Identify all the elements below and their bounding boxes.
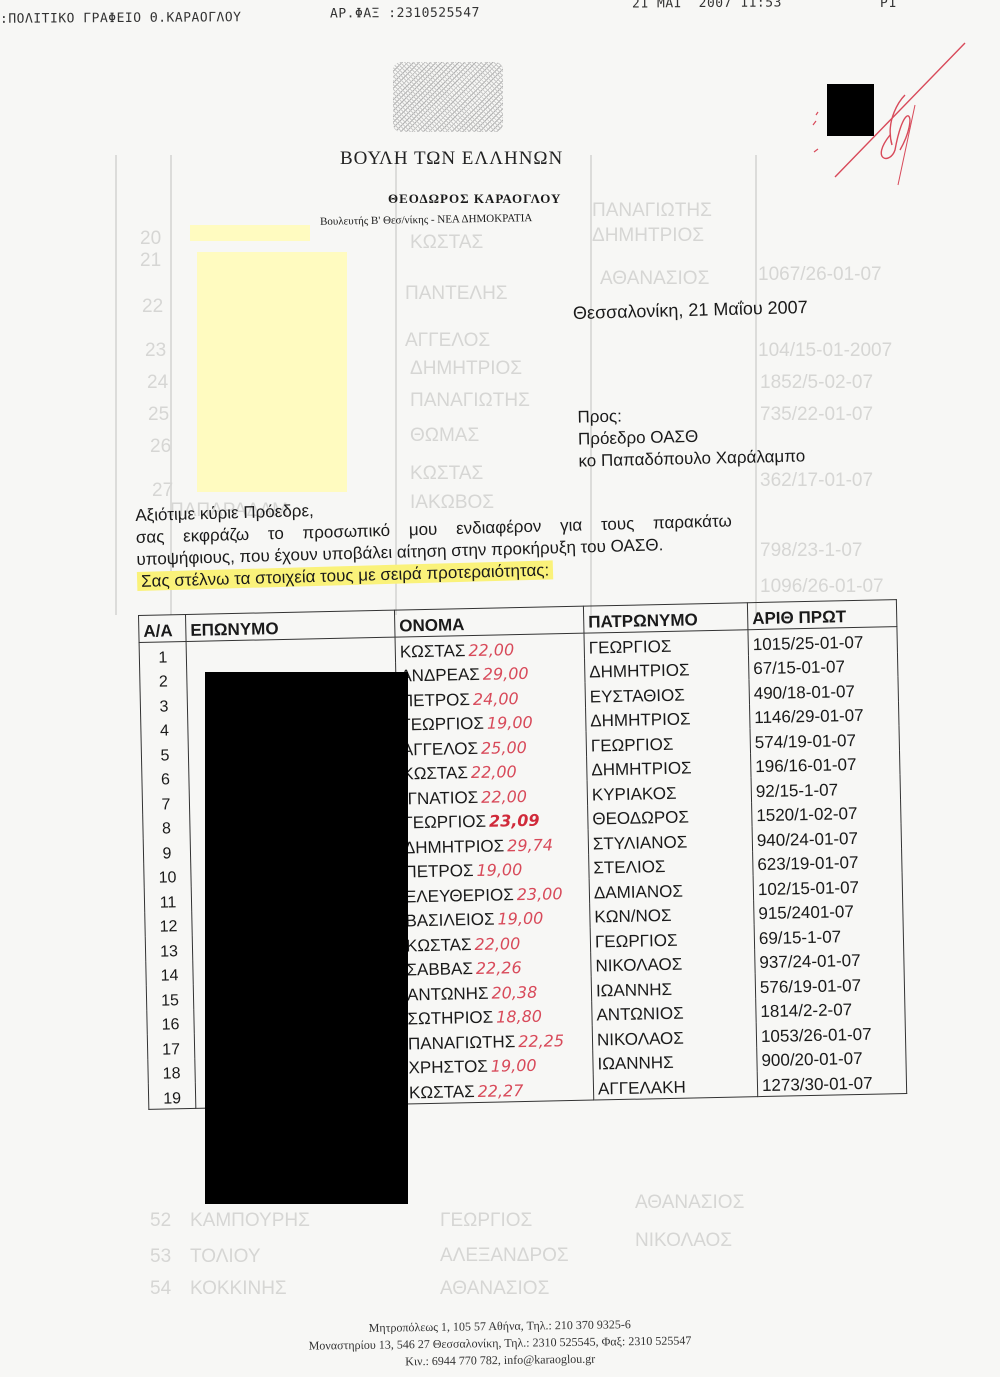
bleed-through-text: ΓΕΩΡΓΙΟΣ <box>440 1210 532 1232</box>
row-number: 18 <box>148 1058 196 1083</box>
father-name-cell: ΔΗΜΗΤΡΙΟΣ <box>586 704 750 732</box>
bleed-through-text: ΑΘΑΝΑΣΙΟΣ <box>440 1278 549 1300</box>
bleed-through-text: 1852/5-02-07 <box>760 372 873 394</box>
father-name-cell: ΚΥΡΙΑΚΟΣ <box>587 777 751 805</box>
handwritten-score: 24,00 <box>473 689 519 709</box>
bleed-through-text: 54 <box>150 1278 171 1300</box>
father-name-cell: ΑΝΤΩΝΙΟΣ <box>592 998 756 1026</box>
row-number: 1 <box>139 641 187 667</box>
handwritten-score: 22,26 <box>476 958 522 978</box>
first-name: ΣΩΤΗΡΙΟΣ <box>407 1008 493 1029</box>
protocol-number-cell: 490/18-01-07 <box>749 676 898 704</box>
row-number: 7 <box>142 789 190 814</box>
row-number: 12 <box>145 911 193 936</box>
fax-number: ΑΡ.ΦΑΞ :2310525547 <box>330 5 480 21</box>
first-name: ΑΝΔΡΕΑΣ <box>400 665 480 686</box>
row-number: 4 <box>141 715 189 740</box>
protocol-number-cell: 623/19-01-07 <box>753 848 902 876</box>
bleed-through-text: ΔΗΜΗΤΡΙΟΣ <box>410 358 522 380</box>
bleed-through-text: ΑΘΑΝΑΣΙΟΣ <box>635 1192 744 1214</box>
yellow-redaction <box>197 252 347 492</box>
protocol-number-cell: 1146/29-01-07 <box>749 701 898 729</box>
father-name-cell: ΘΕΟΔΩΡΟΣ <box>588 802 752 830</box>
protocol-number-cell: 574/19-01-07 <box>750 725 899 753</box>
first-name: ΔΗΜΗΤΡΙΟΣ <box>404 836 505 857</box>
handwritten-score: 22,00 <box>474 934 520 954</box>
bleed-through-text: 362/17-01-07 <box>760 470 873 492</box>
father-name-cell: ΔΑΜΙΑΝΟΣ <box>589 875 753 903</box>
row-number: 5 <box>141 740 189 765</box>
father-name-cell: ΕΥΣΤΑΘΙΟΣ <box>585 679 749 707</box>
row-number: 13 <box>145 936 193 961</box>
bleed-through-text: ΘΩΜΑΣ <box>410 425 479 447</box>
bleed-through-text: ΤΟΛΙΟΥ <box>190 1246 261 1268</box>
protocol-number-cell: 1015/25-01-07 <box>748 627 897 655</box>
first-name: ΙΓΝΑΤΙΟΣ <box>403 787 479 808</box>
father-name-cell: ΑΓΓΕΛΑΚΗ <box>593 1071 757 1099</box>
place-date: Θεσσαλονίκη, 21 Μαΐου 2007 <box>573 297 808 324</box>
bleed-through-text: ΚΑΜΠΟΥΡΗΣ <box>190 1210 310 1232</box>
father-name-cell: ΣΤΥΛΙΑΝΟΣ <box>588 826 752 854</box>
recipient-line2: κο Παπαδόπουλο Χαράλαμπο <box>578 445 805 472</box>
mp-role: Βουλευτής Β' Θεσ/νίκης - ΝΕΑ ΔΗΜΟΚΡΑΤΙΑ <box>320 212 533 228</box>
row-number: 19 <box>148 1083 196 1109</box>
protocol-number-cell: 915/2401-07 <box>754 897 903 925</box>
protocol-number-cell: 937/24-01-07 <box>755 946 904 974</box>
bleed-through-text: 1067/26-01-07 <box>758 264 882 286</box>
first-name: ΚΩΣΤΑΣ <box>400 641 466 661</box>
father-name-cell: ΣΤΕΛΙΟΣ <box>589 851 753 879</box>
row-number: 11 <box>144 887 192 912</box>
father-name-cell: ΚΩΝ/ΝΟΣ <box>590 900 754 928</box>
protocol-number-cell: 92/15-1-07 <box>751 774 900 802</box>
handwritten-score: 22,00 <box>471 762 517 782</box>
bleed-through-text: 24 <box>147 372 168 394</box>
row-number: 6 <box>142 764 190 789</box>
row-number: 10 <box>144 862 192 887</box>
header-protocol: ΑΡΙΘ ΠΡΩΤ <box>747 600 897 630</box>
protocol-number-cell: 576/19-01-07 <box>755 970 904 998</box>
first-name: ΒΑΣΙΛΕΙΟΣ <box>405 910 494 931</box>
handwritten-score: 22,00 <box>481 786 527 806</box>
handwritten-score: 22,27 <box>477 1081 523 1101</box>
fax-sender: :ΠΟΛΙΤΙΚΟ ΓΡΑΦΕΙΟ Θ.ΚΑΡΑΟΓΛΟΥ <box>0 10 242 27</box>
handwritten-score: 25,00 <box>481 737 527 757</box>
bleed-through-text: ΝΙΚΟΛΑΟΣ <box>635 1230 732 1252</box>
institution-title: ΒΟΥΛΗ ΤΩΝ ΕΛΛΗΝΩΝ <box>340 148 563 170</box>
protocol-number-cell: 1814/2-2-07 <box>756 995 905 1023</box>
bleed-through-text: 26 <box>150 436 171 458</box>
handwritten-score: 19,00 <box>497 909 543 929</box>
first-name: ΑΝΤΩΝΗΣ <box>407 983 489 1004</box>
row-number: 9 <box>143 838 191 863</box>
father-name-cell: ΓΕΩΡΓΙΟΣ <box>584 630 748 658</box>
handwritten-score: 19,00 <box>491 1056 537 1076</box>
protocol-number-cell: 940/24-01-07 <box>752 823 901 851</box>
bleed-through-text: ΔΗΜΗΤΡΙΟΣ <box>592 225 704 247</box>
parliament-emblem <box>393 62 503 132</box>
handwritten-score: 29,00 <box>483 664 529 684</box>
bleed-through-text: ΑΘΑΝΑΣΙΟΣ <box>600 268 709 290</box>
row-number: 15 <box>146 985 194 1010</box>
protocol-number-cell: 900/20-01-07 <box>757 1044 906 1072</box>
handwritten-score: 22,00 <box>468 640 514 660</box>
fax-page: P1 <box>880 0 897 11</box>
first-name: ΧΡΗΣΤΟΣ <box>408 1057 488 1078</box>
yellow-redaction <box>190 225 310 241</box>
fax-datetime: 21 ΜΑΙ 2007 11:53 <box>632 0 782 12</box>
first-name: ΓΕΩΡΓΙΟΣ <box>401 714 484 735</box>
row-number: 16 <box>147 1009 195 1034</box>
father-name-cell: ΝΙΚΟΛΑΟΣ <box>591 949 755 977</box>
first-name: ΚΩΣΤΑΣ <box>406 935 472 955</box>
bleed-through-text: 23 <box>145 340 166 362</box>
father-name-cell: ΝΙΚΟΛΑΟΣ <box>592 1022 756 1050</box>
bleed-through-text: ΠΑΝΑΓΙΩΤΗΣ <box>592 200 712 222</box>
bleed-through-text: 25 <box>148 404 169 426</box>
surname-redaction <box>205 672 408 1204</box>
bleed-through-text: ΚΩΣΤΑΣ <box>410 463 483 485</box>
father-name-cell: ΓΕΩΡΓΙΟΣ <box>586 728 750 756</box>
protocol-number-cell: 1273/30-01-07 <box>757 1068 906 1096</box>
bleed-through-text: 52 <box>150 1210 171 1232</box>
first-name: ΠΑΝΑΓΙΩΤΗΣ <box>408 1032 516 1053</box>
row-number: 2 <box>140 666 188 691</box>
handwritten-score: 20,38 <box>491 982 537 1002</box>
row-number: 8 <box>143 813 191 838</box>
header-aa: Α/Α <box>139 615 187 643</box>
mp-name: ΘΕΟΔΩΡΟΣ ΚΑΡΑΟΓΛΟΥ <box>388 191 561 207</box>
signature-mark <box>810 40 1000 200</box>
handwritten-score: 18,80 <box>496 1007 542 1027</box>
bleed-through-text: ΠΑΝΑΓΙΩΤΗΣ <box>410 390 530 412</box>
first-name: ΚΩΣΤΑΣ <box>409 1082 475 1102</box>
bleed-through-text: 22 <box>142 296 163 318</box>
bleed-through-text: ΚΟΚΚΙΝΗΣ <box>190 1278 287 1300</box>
first-name: ΠΕΤΡΟΣ <box>401 690 470 710</box>
bleed-through-text: 1096/26-01-07 <box>760 576 884 598</box>
protocol-number-cell: 1520/1-02-07 <box>752 799 901 827</box>
recipient-block: Προς: Πρόεδρο ΟΑΣΘ κο Παπαδόπουλο Χαράλα… <box>577 401 805 472</box>
first-name: ΓΕΩΡΓΙΟΣ <box>403 812 486 833</box>
handwritten-score: 23,00 <box>517 884 563 904</box>
handwritten-score: 29,74 <box>507 835 553 855</box>
letter-body: Αξιότιμε κύριε Πρόεδρε, σας εκφράζω το π… <box>135 487 777 593</box>
header-father: ΠΑΤΡΩΝΥΜΟ <box>583 603 748 633</box>
protocol-number-cell: 1053/26-01-07 <box>756 1019 905 1047</box>
first-name: ΚΩΣΤΑΣ <box>402 763 468 783</box>
father-name-cell: ΙΩΑΝΝΗΣ <box>591 973 755 1001</box>
father-name-cell: ΔΗΜΗΤΡΙΟΣ <box>585 655 749 683</box>
bleed-through-text: 27 <box>152 480 173 502</box>
row-number: 14 <box>146 960 194 985</box>
bleed-through-text: ΚΩΣΤΑΣ <box>410 232 483 254</box>
bleed-through-text: ΑΛΕΞΑΝΔΡΟΣ <box>440 1245 569 1267</box>
handwritten-score: 19,00 <box>487 713 533 733</box>
father-name-cell: ΓΕΩΡΓΙΟΣ <box>590 924 754 952</box>
bleed-through-text: 21 <box>140 250 161 272</box>
protocol-number-cell: 67/15-01-07 <box>748 652 897 680</box>
bleed-through-line <box>115 155 117 615</box>
first-name: ΠΕΤΡΟΣ <box>404 861 473 881</box>
first-name: ΑΓΓΕΛΟΣ <box>402 738 479 759</box>
row-number: 3 <box>140 691 188 716</box>
protocol-number-cell: 69/15-1-07 <box>754 921 903 949</box>
protocol-number-cell: 102/15-01-07 <box>753 872 902 900</box>
header-name: ΟΝΟΜΑ <box>394 606 584 637</box>
handwritten-score: 22,25 <box>518 1031 564 1051</box>
bleed-through-text: 53 <box>150 1246 171 1268</box>
first-name: ΣΑΒΒΑΣ <box>406 959 473 979</box>
footer-contact: Μητροπόλεως 1, 105 57 Αθήνα, Τηλ.: 210 3… <box>0 1311 1000 1376</box>
row-number: 17 <box>147 1034 195 1059</box>
father-name-cell: ΙΩΑΝΝΗΣ <box>593 1047 757 1075</box>
first-name: ΕΛΕΥΘΕΡΙΟΣ <box>405 885 514 906</box>
bleed-through-text: ΠΑΝΤΕΛΗΣ <box>405 283 508 305</box>
bleed-through-text: 104/15-01-2007 <box>758 340 892 362</box>
bleed-through-text: ΑΓΓΕΛΟΣ <box>405 330 490 352</box>
protocol-number-cell: 196/16-01-07 <box>751 750 900 778</box>
bleed-through-text: 20 <box>140 228 161 250</box>
name-cell: ΕΛΕΥΘΕΡΙΟΣ23,00 <box>400 879 589 907</box>
father-name-cell: ΔΗΜΗΤΡΙΟΣ <box>587 753 751 781</box>
handwritten-score: 23,09 <box>489 811 540 831</box>
handwritten-score: 19,00 <box>476 860 522 880</box>
name-cell: ΚΩΣΤΑΣ22,27 <box>404 1075 593 1104</box>
